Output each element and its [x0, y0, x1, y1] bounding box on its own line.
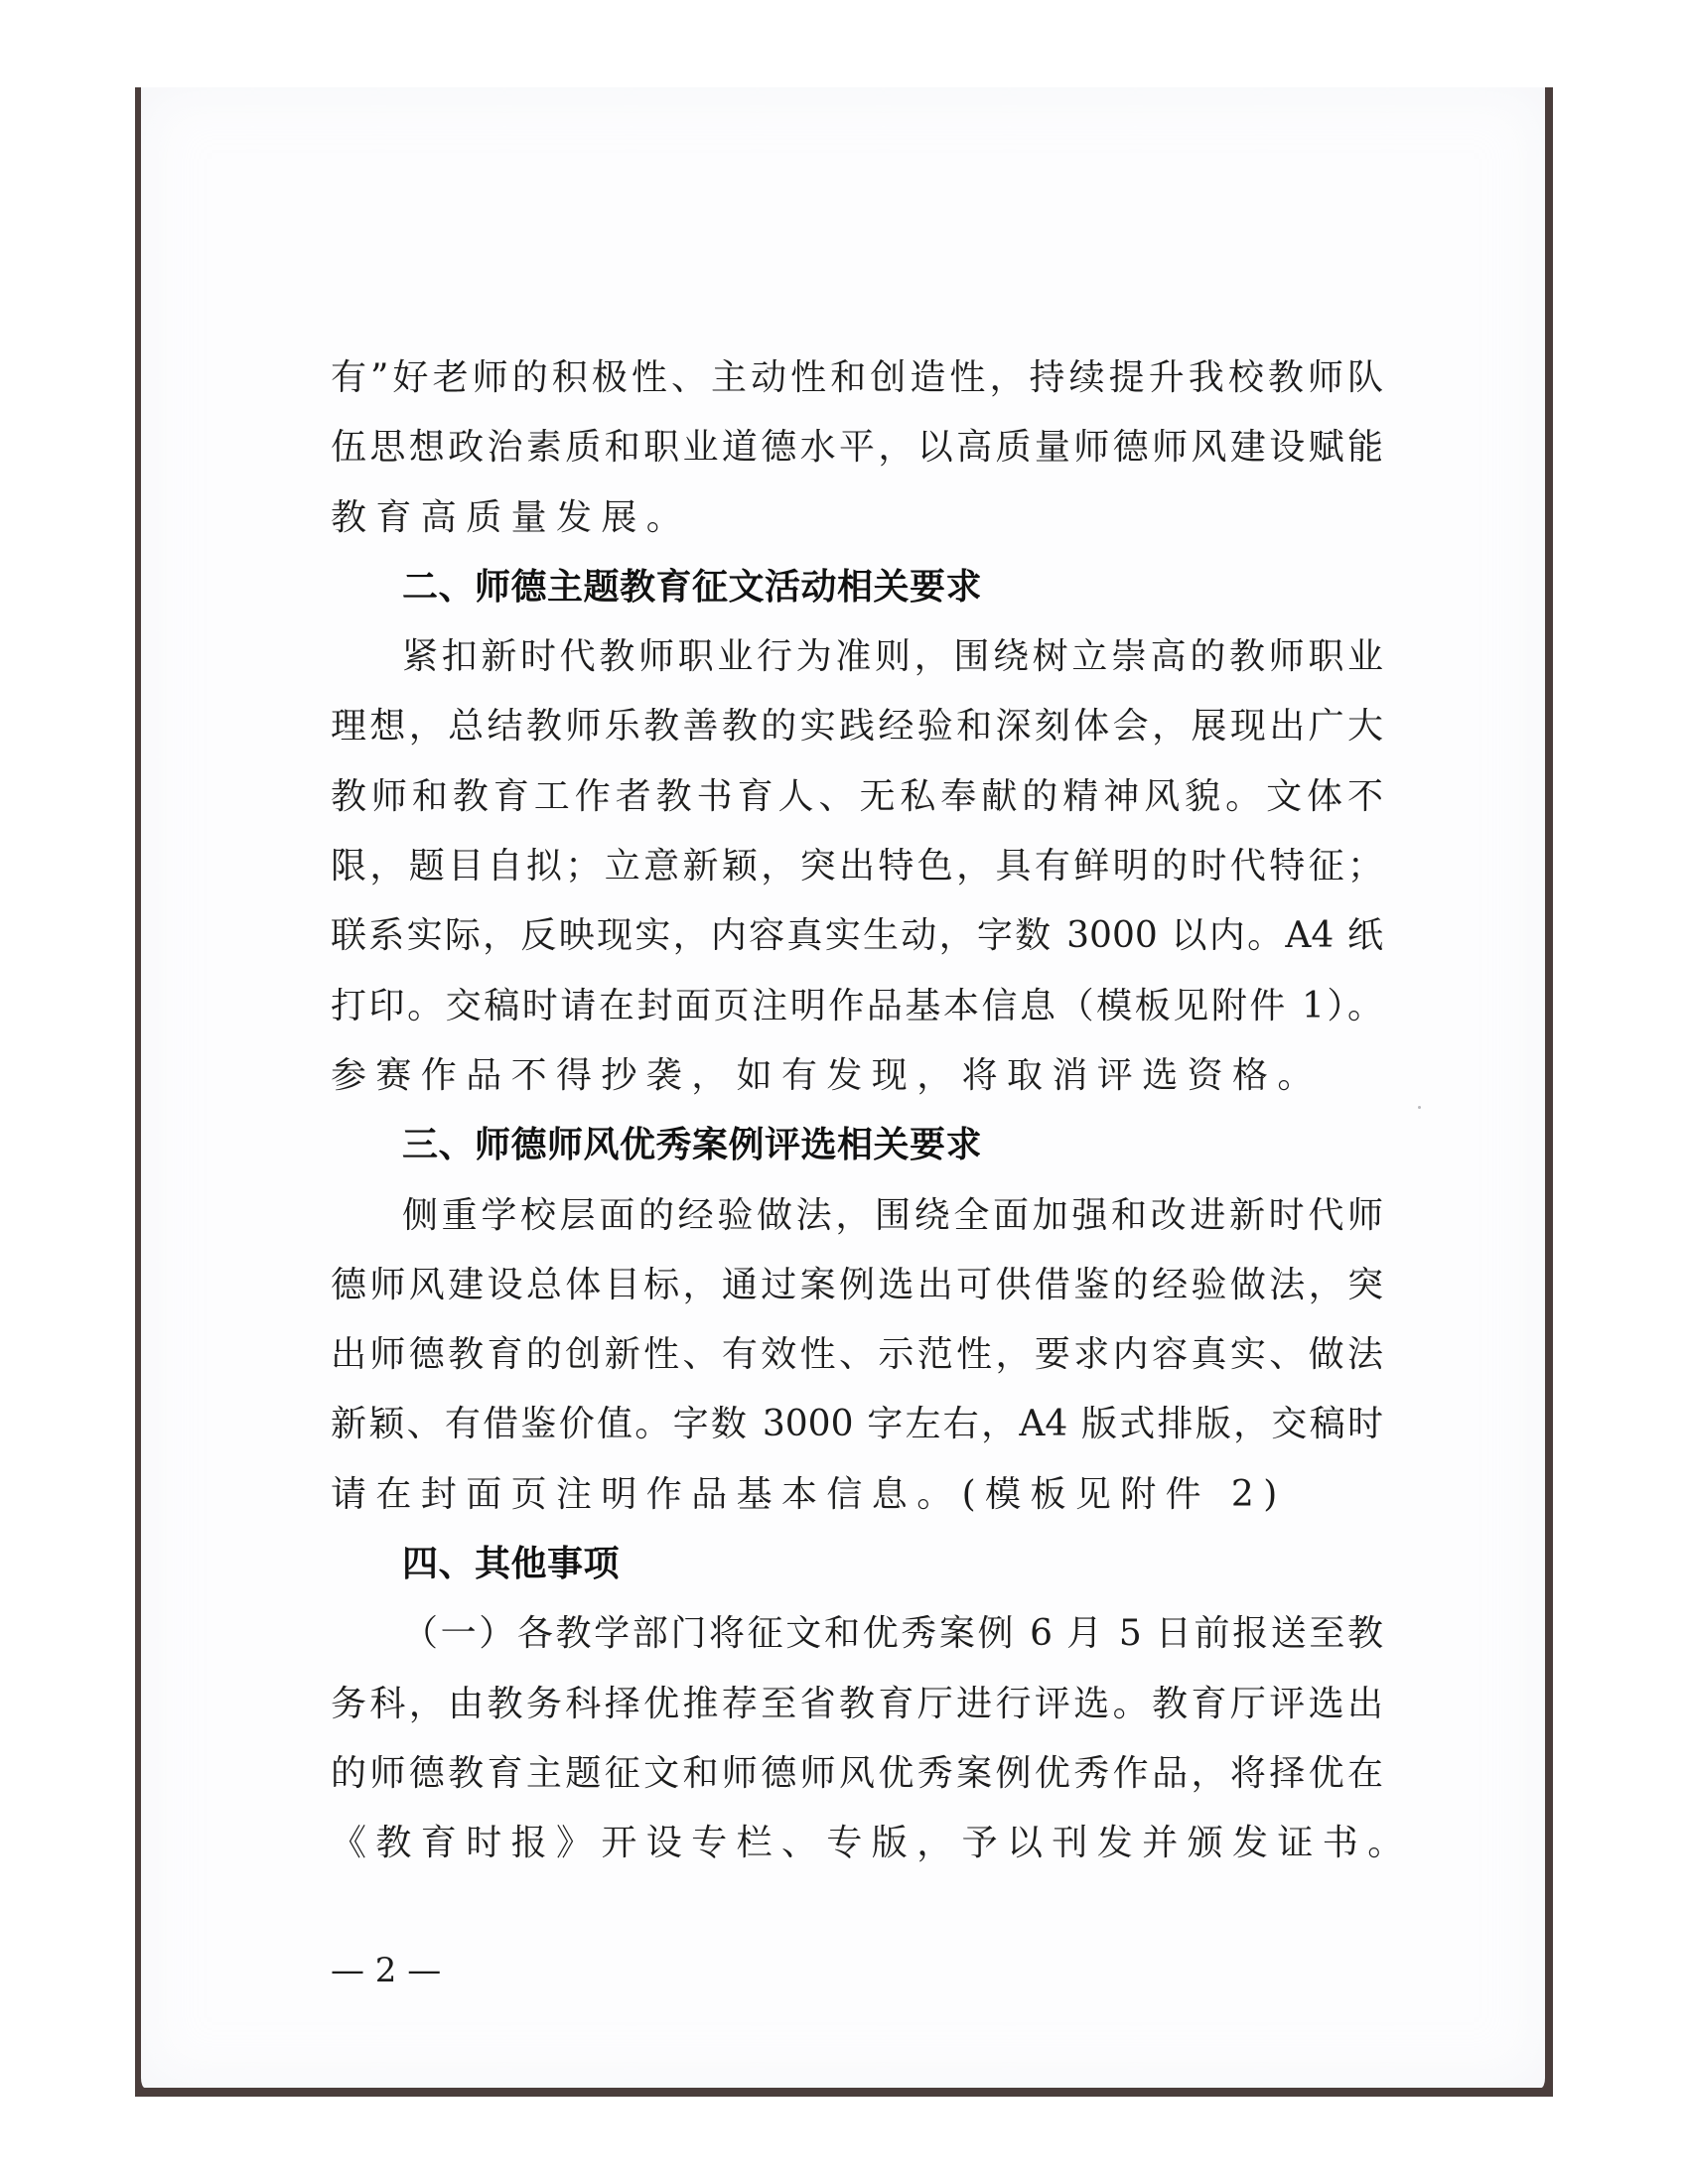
section-2-line: 联系实际，反映现实，内容真实生动，字数 3000 以内。A4 纸	[331, 901, 1383, 971]
intro-line: 有”好老师的积极性、主动性和创造性，持续提升我校教师队	[331, 343, 1383, 413]
section-heading-3: 三、师德师风优秀案例评选相关要求	[331, 1111, 1383, 1180]
section-2-line: 参赛作品不得抄袭，如有发现，将取消评选资格。	[331, 1041, 1383, 1111]
document-body: 有”好老师的积极性、主动性和创造性，持续提升我校教师队 伍思想政治素质和职业道德…	[331, 343, 1383, 1879]
scan-speck	[1418, 1106, 1421, 1109]
section-2-line: 教师和教育工作者教书育人、无私奉献的精神风貌。文体不	[331, 762, 1383, 832]
section-3-line: 出师德教育的创新性、有效性、示范性，要求内容真实、做法	[331, 1320, 1383, 1390]
section-2-line: 限，题目自拟；立意新颖，突出特色，具有鲜明的时代特征；	[331, 832, 1383, 901]
intro-line: 教育高质量发展。	[331, 483, 1383, 553]
section-2-line: 理想，总结教师乐教善教的实践经验和深刻体会，展现出广大	[331, 692, 1383, 761]
section-2-line: 紧扣新时代教师职业行为准则，围绕树立崇高的教师职业	[331, 622, 1383, 692]
page-number: — 2 —	[331, 1946, 441, 1995]
section-3-line: 请在封面页注明作品基本信息。(模板见附件 2)	[331, 1460, 1383, 1530]
section-heading-4: 四、其他事项	[331, 1530, 1383, 1599]
section-heading-2: 二、师德主题教育征文活动相关要求	[331, 553, 1383, 622]
section-4-line: 务科，由教务科择优推荐至省教育厅进行评选。教育厅评选出	[331, 1670, 1383, 1739]
section-3-line: 德师风建设总体目标，通过案例选出可供借鉴的经验做法，突	[331, 1251, 1383, 1320]
section-3-line: 新颖、有借鉴价值。字数 3000 字左右，A4 版式排版，交稿时	[331, 1390, 1383, 1459]
section-4-line: 的师德教育主题征文和师德师风优秀案例优秀作品，将择优在	[331, 1739, 1383, 1809]
intro-line: 伍思想政治素质和职业道德水平，以高质量师德师风建设赋能	[331, 413, 1383, 482]
section-4-line: （一）各教学部门将征文和优秀案例 6 月 5 日前报送至教	[331, 1599, 1383, 1669]
section-2-line: 打印。交稿时请在封面页注明作品基本信息（模板见附件 1）。	[331, 972, 1383, 1041]
section-4-line: 《教育时报》开设专栏、专版，予以刊发并颁发证书。	[331, 1809, 1383, 1878]
section-3-line: 侧重学校层面的经验做法，围绕全面加强和改进新时代师	[331, 1181, 1383, 1251]
